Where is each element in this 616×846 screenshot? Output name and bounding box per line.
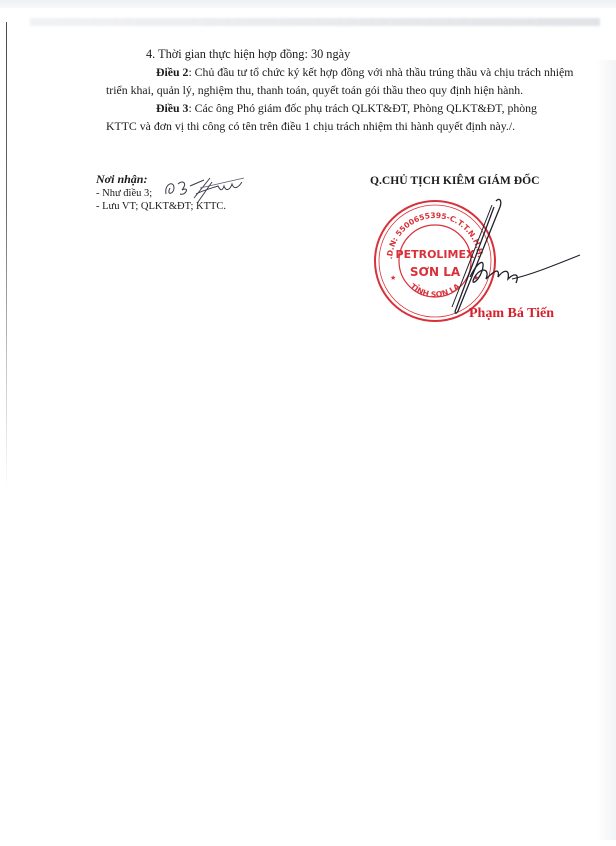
signer-name: Phạm Bá Tiến xyxy=(469,306,554,322)
scan-edge xyxy=(0,0,616,8)
page-margin-line xyxy=(6,22,7,492)
article-3-line-1: Điều 3: Các ông Phó giám đốc phụ trách Q… xyxy=(156,100,537,116)
scan-shadow xyxy=(596,60,616,840)
article-3-line-2: KTTC và đơn vị thi công có tên trên điều… xyxy=(106,118,515,134)
initials-signature-icon xyxy=(160,172,250,212)
article-2-label: Điều 2 xyxy=(156,65,188,79)
article-3-label: Điều 3 xyxy=(156,101,188,115)
signer-title: Q.CHỦ TỊCH KIÊM GIÁM ĐỐC xyxy=(370,174,540,187)
article-2-line-2: triển khai, quản lý, nghiệm thu, thanh t… xyxy=(106,82,523,98)
item-4-duration: 4. Thời gian thực hiện hợp đồng: 30 ngày xyxy=(146,46,350,62)
article-3-text: : Các ông Phó giám đốc phụ trách QLKT&ĐT… xyxy=(188,101,537,115)
scan-artifact xyxy=(30,18,600,26)
article-2-text: : Chủ đầu tư tổ chức ký kết hợp đồng với… xyxy=(188,65,573,79)
article-2-line-1: Điều 2: Chủ đầu tư tổ chức ký kết hợp đồ… xyxy=(156,64,573,80)
svg-text:★: ★ xyxy=(390,274,396,282)
